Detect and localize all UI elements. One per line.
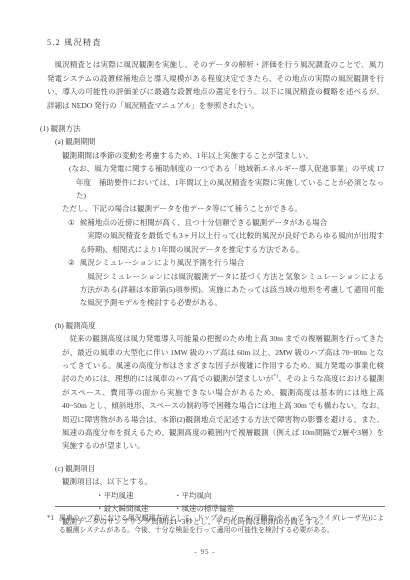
section-heading: 5.2 風況精査 [47,36,384,49]
observation-height-text-after: 、そのような高度における観測がスペース、費用等の面から実施できない場合があるため… [62,374,384,450]
item-1-title: 候補地点の近傍に相関が高く、且つ十分信頼できる観測データがある場合 [80,216,384,229]
footnote-marker: *1 [47,513,54,537]
subsection-b-title: (b) 観測高度 [55,319,384,332]
footnote-divider [55,506,385,507]
item-2-body: 風況シミュレーションにより風況予測を行う場合 風況シミュレーションには風況観測デ… [80,256,384,310]
footnote-text: 風車のハブ高における風況観測方法として、ドップラーソーダ(可聴音)やドップラーラ… [59,513,384,537]
page-footer: *1 風車のハブ高における風況観測方法として、ドップラーソーダ(可聴音)やドップ… [0,506,410,559]
bullet-average-wind-speed: ・平均風速 [96,489,174,502]
item-2-text: 風況シミュレーションには風況観測データに基づく方法と気象シミュレーションによる方… [80,270,384,310]
footnote: *1 風車のハブ高における風況観測方法として、ドップラーソーダ(可聴音)やドップ… [47,513,384,537]
subsection-c-title: (c) 観測項目 [55,462,384,475]
subsidy-note-paragraph: (なお、風力発電に関する補助制度の一つである「地域新エネルギー導入促進事業」の平… [62,162,384,202]
item-1-text: 実際の風況精査を最低でも3ヶ月以上行って(比較的風況が良好であらゆる風向が出現す… [80,229,384,256]
document-page: 5.2 風況精査 風況精査とは実際に風況観測を実施し、そのデータの解析・評価を行… [0,0,410,580]
intro-paragraph: 風況精査とは実際に風況観測を実施し、そのデータの解析・評価を行う風況調査のことで… [47,58,384,112]
numbered-item-2: ② 風況シミュレーションにより風況予測を行う場合 風況シミュレーションには風況観… [68,256,384,310]
numbered-item-1: ① 候補地点の近傍に相関が高く、且つ十分信頼できる観測データがある場合 実際の風… [68,216,384,256]
observation-height-paragraph: 従来の観測高度は風力発電導入可能量の把握のため地上高 30m までの複層観測を行… [62,332,384,453]
observation-period-paragraph: 観測期間は季節の変動を考慮するため、1年以上実施することが望ましい。 [62,149,384,162]
subsection-a-title: (a) 観測期間 [55,135,384,148]
subsection-a: (a) 観測期間 観測期間は季節の変動を考慮するため、1年以上実施することが望ま… [40,135,384,309]
bullet-average-wind-direction: ・平均風向 [174,489,384,502]
subsection-1-title: (1) 観測方法 [40,122,384,135]
observation-items-intro: 観測項目は、以下とする。 [62,475,384,488]
item-2-marker: ② [68,256,75,310]
page-number: - 95 - [0,546,410,559]
item-1-body: 候補地点の近傍に相関が高く、且つ十分信頼できる観測データがある場合 実際の風況精… [80,216,384,256]
subsection-b: (b) 観測高度 従来の観測高度は風力発電導入可能量の把握のため地上高 30m … [40,319,384,453]
supplement-data-paragraph: ただし、下記の場合は観測データを他データ等にて補うことができる。 [62,202,384,215]
item-1-marker: ① [68,216,75,256]
item-2-title: 風況シミュレーションにより風況予測を行う場合 [80,256,384,269]
